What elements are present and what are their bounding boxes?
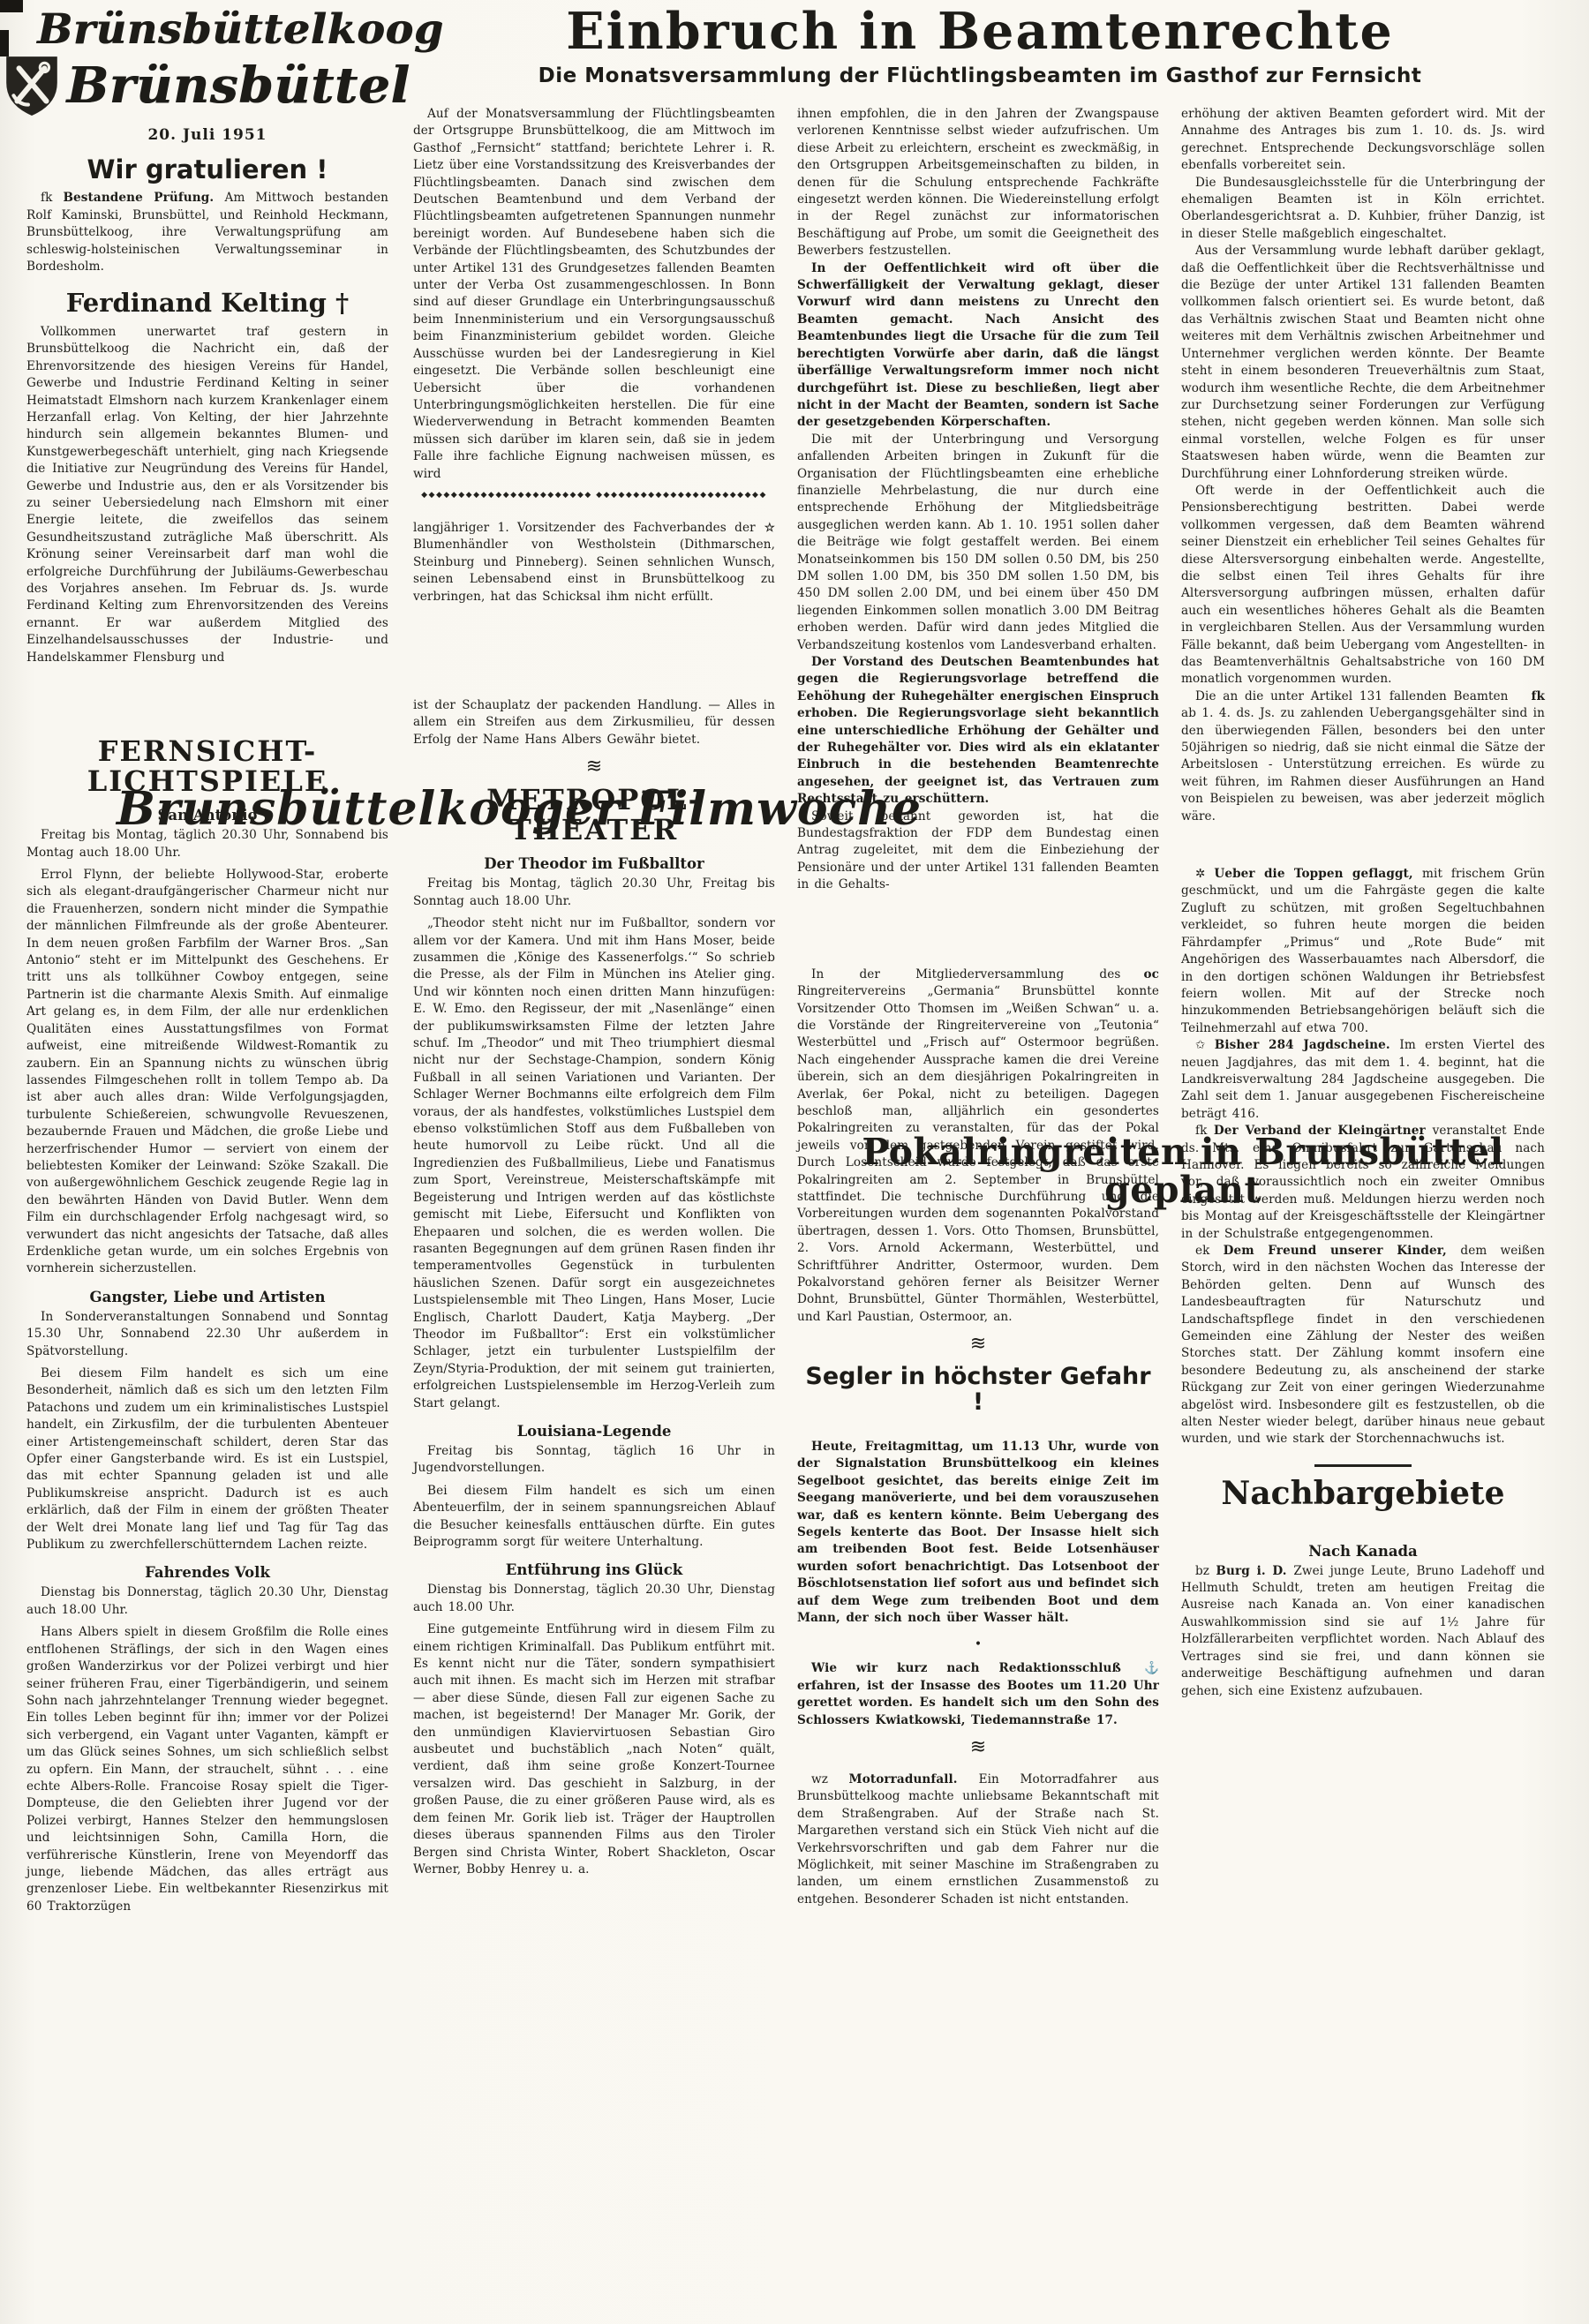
paragraph-sign: ☆ — [764, 520, 775, 537]
newspaper-page: Einbruch in Beamtenrechte Die Monatsvers… — [0, 0, 1589, 2324]
paragraph: Die mit der Unterbringung und Versorgung… — [797, 432, 1159, 654]
paragraph-sign: fk — [1517, 688, 1545, 705]
rule-separator — [1314, 1464, 1412, 1467]
paragraph: ✲ Ueber die Toppen geflaggt, mit frische… — [1181, 866, 1545, 1037]
crest-shield-icon — [4, 54, 59, 117]
nachbargebiete-body: bz Burg i. D. Zwei junge Leute, Bruno La… — [1181, 1563, 1545, 1700]
column-3: ihnen empfohlen, die in den Jahren der Z… — [797, 106, 1159, 1908]
film-title: Louisiana-Legende — [413, 1423, 775, 1440]
wavy-separator: ≋ — [413, 757, 775, 777]
film-review: Eine gutgemeinte Entführung wird in dies… — [413, 1621, 775, 1878]
film-title: Der Theodor im Fußballtor — [413, 855, 775, 872]
column-1: Brünsbüttelkoog Brünsbüttel 20. Juli 195… — [26, 7, 388, 1915]
paragraph: ek Dem Freund unserer Kinder, dem weißen… — [1181, 1243, 1545, 1448]
spacer — [413, 605, 775, 697]
masthead-row: Brünsbüttel — [26, 54, 388, 117]
main-article-header: Einbruch in Beamtenrechte Die Monatsvers… — [424, 5, 1536, 86]
masthead-title-line2: Brünsbüttel — [66, 61, 410, 110]
paragraph: wz Motorradunfall. Ein Motorradfahrer au… — [797, 1771, 1159, 1908]
paragraph-lead: Dem Freund unserer Kinder, — [1224, 1244, 1461, 1258]
paragraph-marker: wz — [811, 1772, 849, 1786]
film-title: San Antonio — [26, 807, 388, 824]
paragraph-sign: oc — [1129, 966, 1159, 983]
paragraph-sign: ⚓ — [1130, 1660, 1159, 1677]
paragraph-marker: fk — [41, 191, 63, 205]
paragraph: ihnen empfohlen, die in den Jahren der Z… — [797, 106, 1159, 260]
dot-separator: • — [797, 1637, 1159, 1651]
paragraph-lead: Der Verband der Kleingärtner — [1214, 1124, 1433, 1138]
kelting-heading: Ferdinand Kelting † — [26, 290, 388, 316]
kelting-continuation: ☆langjähriger 1. Vorsitzender des Fachve… — [413, 520, 775, 605]
spacer-pokal-headline — [1181, 825, 1545, 866]
film-review: Errol Flynn, der beliebte Hollywood-Star… — [26, 867, 388, 1278]
main-article-col2: ihnen empfohlen, die in den Jahren der Z… — [797, 106, 1159, 894]
film-showtimes: In Sonderveranstaltungen Sonnabend und S… — [26, 1309, 388, 1360]
paragraph: fk Bestandene Prüfung. Am Mittwoch besta… — [26, 190, 388, 275]
film-review: Hans Albers spielt in diesem Großfilm di… — [26, 1624, 388, 1915]
segler-body: Heute, Freitagmittag, um 11.13 Uhr, wurd… — [797, 1439, 1159, 1627]
paragraph: Soweit bekannt geworden ist, hat die Bun… — [797, 809, 1159, 894]
spacer-pokal-headline — [797, 894, 1159, 951]
paragraph: Aus der Versammlung wurde lebhaft darübe… — [1181, 243, 1545, 483]
motorrad-brief: wz Motorradunfall. Ein Motorradfahrer au… — [797, 1771, 1159, 1908]
wavy-separator: ≋ — [797, 1738, 1159, 1757]
column-2: Auf der Monatsversammlung der Flüchtling… — [413, 106, 775, 1878]
film-showtimes: Dienstag bis Donnerstag, täglich 20.30 U… — [413, 1582, 775, 1616]
paragraph-marker: ek — [1195, 1244, 1224, 1258]
paragraph: Der Vorstand des Deutschen Beamtenbundes… — [797, 654, 1159, 809]
paragraph: Oft werde in der Oeffentlichkeit auch di… — [1181, 483, 1545, 688]
kelting-body: Vollkommen unerwartet traf gestern in Br… — [26, 324, 388, 666]
paragraph: ✩ Bisher 284 Jagdscheine. Im ersten Vier… — [1181, 1037, 1545, 1123]
film-review: Bei diesem Film handelt es sich um einen… — [413, 1483, 775, 1552]
film-showtimes: Freitag bis Sonntag, täglich 16 Uhr in J… — [413, 1443, 775, 1478]
paragraph: Heute, Freitagmittag, um 11.13 Uhr, wurd… — [797, 1439, 1159, 1627]
wavy-separator: ≋ — [797, 1335, 1159, 1354]
paragraph-lead: Bisher 284 Jagdscheine. — [1215, 1038, 1400, 1052]
film-showtimes: Dienstag bis Donnerstag, täglich 20.30 U… — [26, 1584, 388, 1619]
paragraph: ocIn der Mitgliederversammlung des Ringr… — [797, 966, 1159, 1327]
paragraph-lead: Ueber die Toppen geflaggt, — [1214, 867, 1422, 881]
paragraph: ist der Schauplatz der packenden Handlun… — [413, 697, 775, 748]
metropol-heading: METROPOL-THEATER — [413, 786, 775, 845]
spacer — [26, 666, 388, 737]
filmwoche-col2-intro: ist der Schauplatz der packenden Handlun… — [413, 697, 775, 748]
scan-artifact — [0, 30, 9, 56]
film-title: Gangster, Liebe und Artisten — [26, 1289, 388, 1305]
column-4: erhöhung der aktiven Beamten gefordert w… — [1181, 106, 1545, 1700]
nach-kanada-subhead: Nach Kanada — [1181, 1543, 1545, 1560]
nachbargebiete-heading: Nachbargebiete — [1181, 1478, 1545, 1511]
paragraph-marker: fk — [1195, 1124, 1214, 1138]
paragraph-marker: ✲ — [1195, 867, 1214, 881]
masthead: Brünsbüttelkoog Brünsbüttel 20. Juli 195… — [26, 9, 388, 144]
fernsicht-heading: FERNSICHT-LICHTSPIELE — [26, 737, 388, 796]
main-article-col3: erhöhung der aktiven Beamten gefordert w… — [1181, 106, 1545, 825]
paragraph-lead: Motorradunfall. — [849, 1772, 979, 1786]
segler-update: ⚓Wie wir kurz nach Redaktionsschluß erfa… — [797, 1660, 1159, 1729]
paragraph-marker: bz — [1195, 1564, 1216, 1578]
film-showtimes: Freitag bis Montag, täglich 20.30 Uhr, F… — [413, 876, 775, 910]
film-review: „Theodor steht nicht nur im Fußballtor, … — [413, 915, 775, 1412]
film-title: Entführung ins Glück — [413, 1561, 775, 1578]
film-review: Bei diesem Film handelt es sich um eine … — [26, 1365, 388, 1553]
diamond-separator: ◆◆◆◆◆◆◆◆◆◆◆◆◆◆◆◆◆◆◆◆◆◆◆ ◆◆◆◆◆◆◆◆◆◆◆◆◆◆◆◆… — [413, 490, 775, 500]
paragraph: In der Oeffentlichkeit wird oft über die… — [797, 260, 1159, 432]
pokal-body: ocIn der Mitgliederversammlung des Ringr… — [797, 966, 1159, 1327]
paragraph: fk Der Verband der Kleingärtner veransta… — [1181, 1123, 1545, 1243]
local-briefs: ✲ Ueber die Toppen geflaggt, mit frische… — [1181, 866, 1545, 1448]
main-headline: Einbruch in Beamtenrechte — [424, 5, 1536, 58]
film-showtimes: Freitag bis Montag, täglich 20.30 Uhr, S… — [26, 827, 388, 861]
paragraph: ☆langjähriger 1. Vorsitzender des Fachve… — [413, 520, 775, 605]
segler-heading: Segler in höchster Gefahr ! — [797, 1365, 1159, 1415]
paragraph-marker: ✩ — [1195, 1038, 1215, 1052]
main-subheadline: Die Monatsversammlung der Flüchtlingsbea… — [424, 65, 1536, 86]
paragraph: bz Burg i. D. Zwei junge Leute, Bruno La… — [1181, 1563, 1545, 1700]
paragraph-lead: Burg i. D. — [1216, 1564, 1293, 1578]
film-title: Fahrendes Volk — [26, 1564, 388, 1581]
main-article-col1: Auf der Monatsversammlung der Flüchtling… — [413, 106, 775, 483]
paragraph: ⚓Wie wir kurz nach Redaktionsschluß erfa… — [797, 1660, 1159, 1729]
gratulieren-heading: Wir gratulieren ! — [26, 156, 388, 183]
paragraph: fkDie an die unter Artikel 131 fallenden… — [1181, 688, 1545, 825]
dateline: 20. Juli 1951 — [26, 126, 388, 144]
gratulieren-body: fk Bestandene Prüfung. Am Mittwoch besta… — [26, 190, 388, 275]
paragraph: erhöhung der aktiven Beamten gefordert w… — [1181, 106, 1545, 175]
masthead-title-line1: Brünsbüttelkoog — [37, 9, 388, 50]
scan-artifact — [0, 0, 23, 12]
paragraph-lead: Bestandene Prüfung. — [63, 191, 224, 205]
paragraph: Die Bundesausgleichsstelle für die Unter… — [1181, 175, 1545, 244]
